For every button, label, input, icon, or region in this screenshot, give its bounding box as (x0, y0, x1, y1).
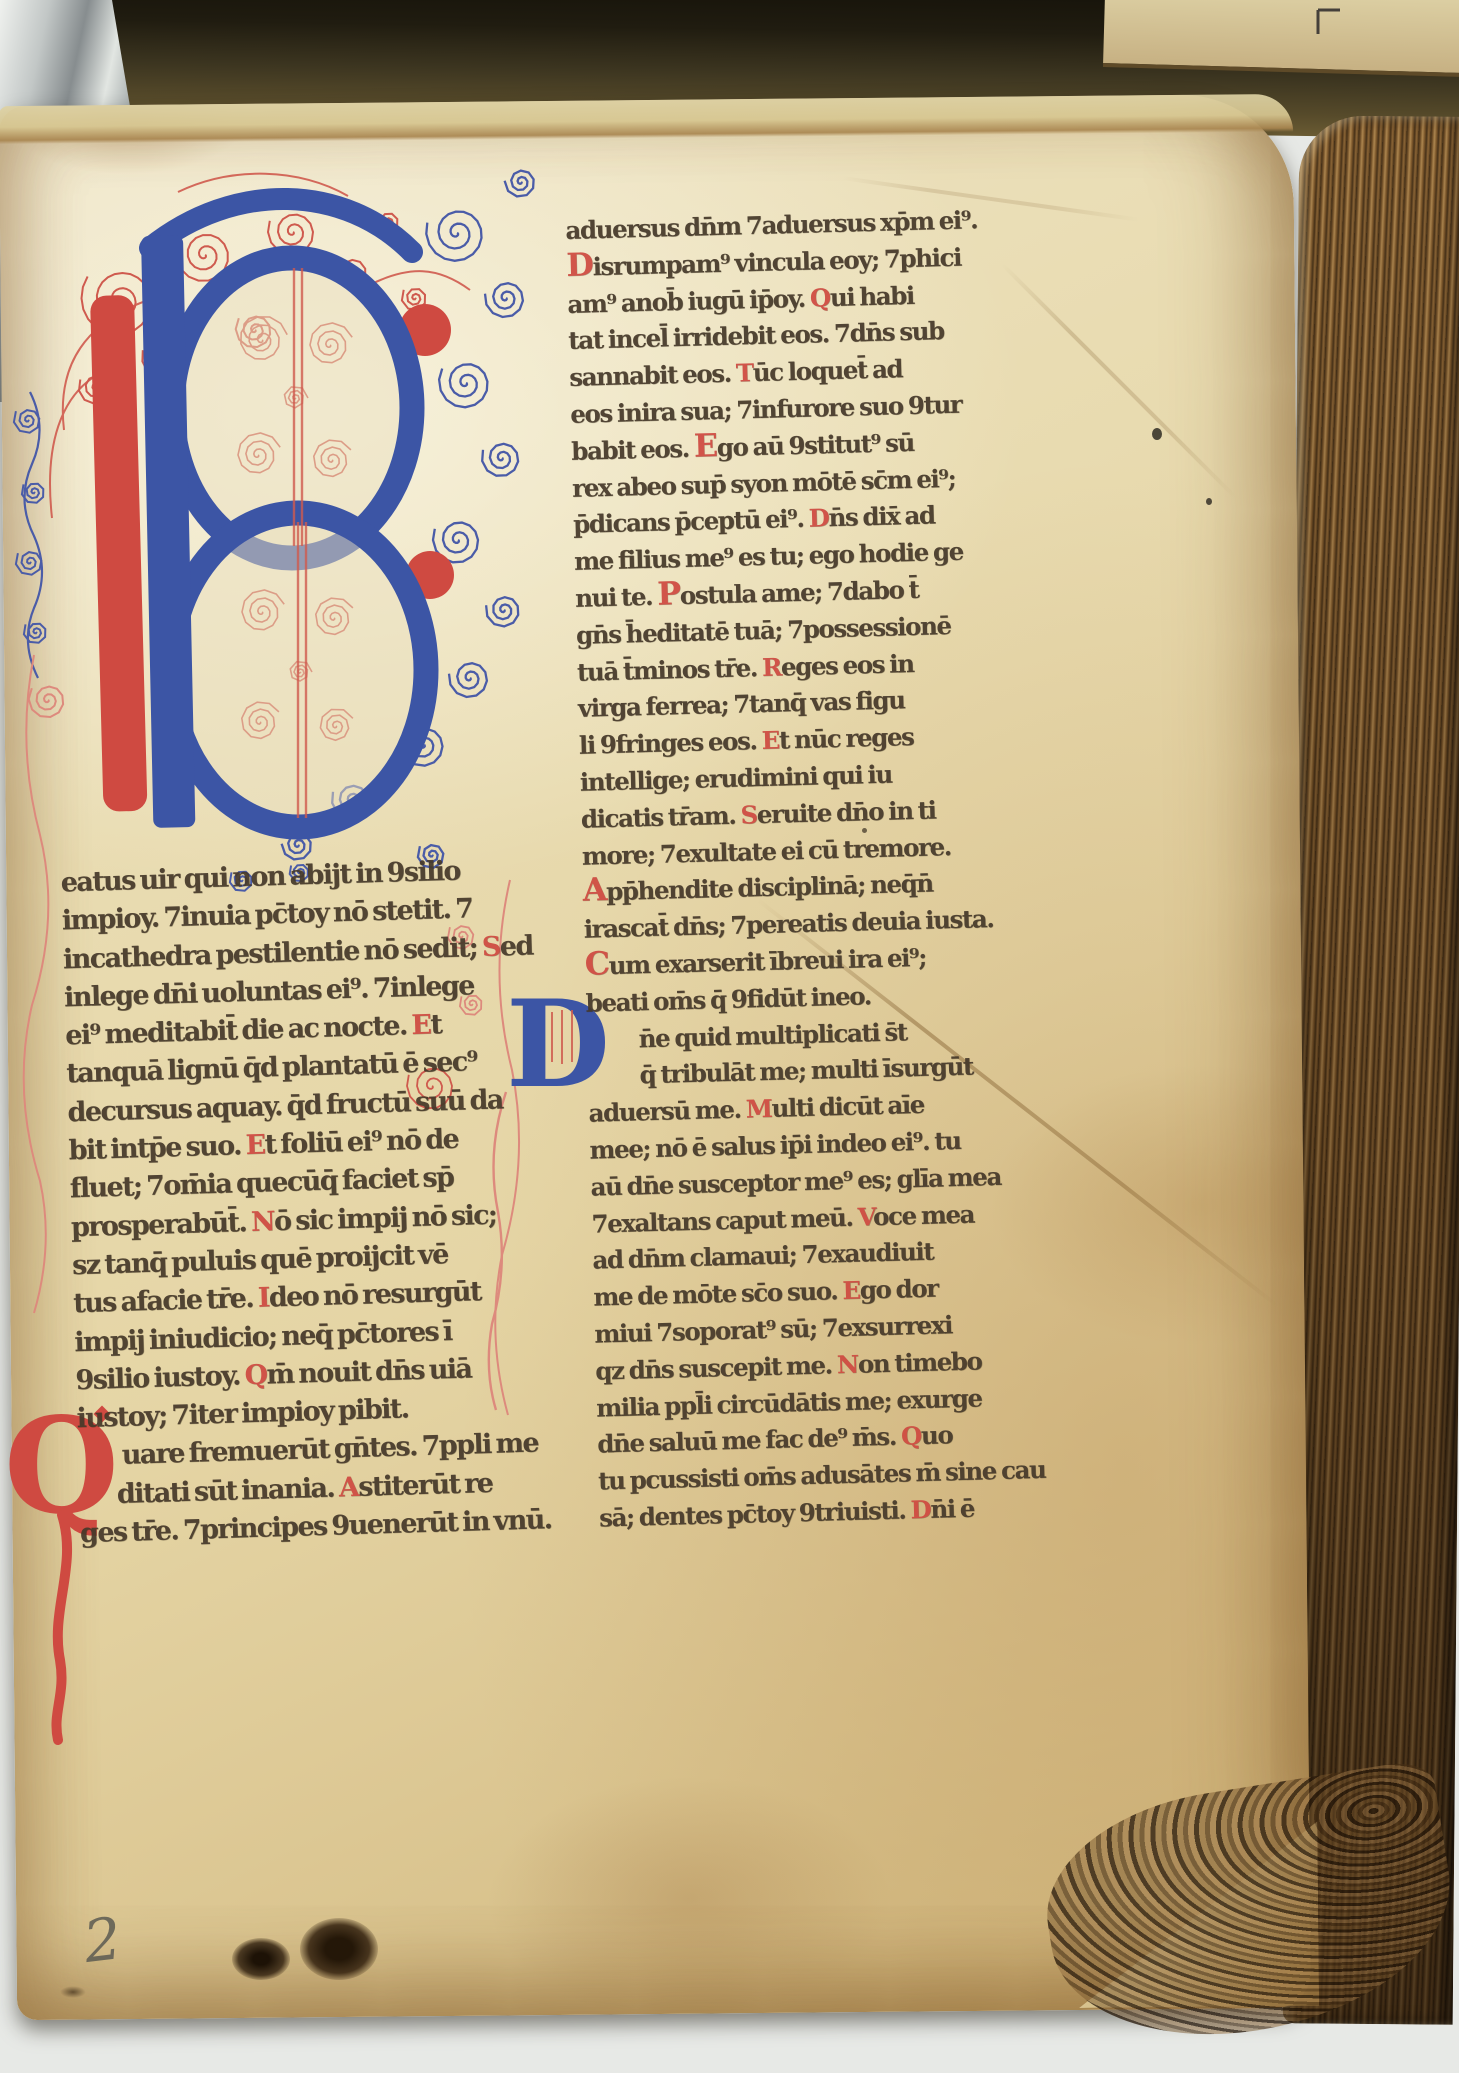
ink-stain (300, 1918, 378, 1980)
speck (1206, 498, 1212, 505)
manuscript-photo: B Q D eatus uir qui non abijt in 9silioi… (0, 0, 1459, 2073)
text-column-left: eatus uir qui non abijt in 9silioimpioy.… (60, 850, 552, 1553)
ink-stain (232, 1938, 290, 1980)
speck (862, 828, 867, 833)
book-fore-edge-page-stack (1283, 115, 1459, 2024)
text-column-right: aduersus dn̄m 7aduersus xp̄m ei⁹.Disrump… (565, 201, 1047, 1537)
speck (60, 1986, 86, 1998)
next-folio-sliver (1103, 0, 1459, 77)
speck (1152, 428, 1162, 440)
